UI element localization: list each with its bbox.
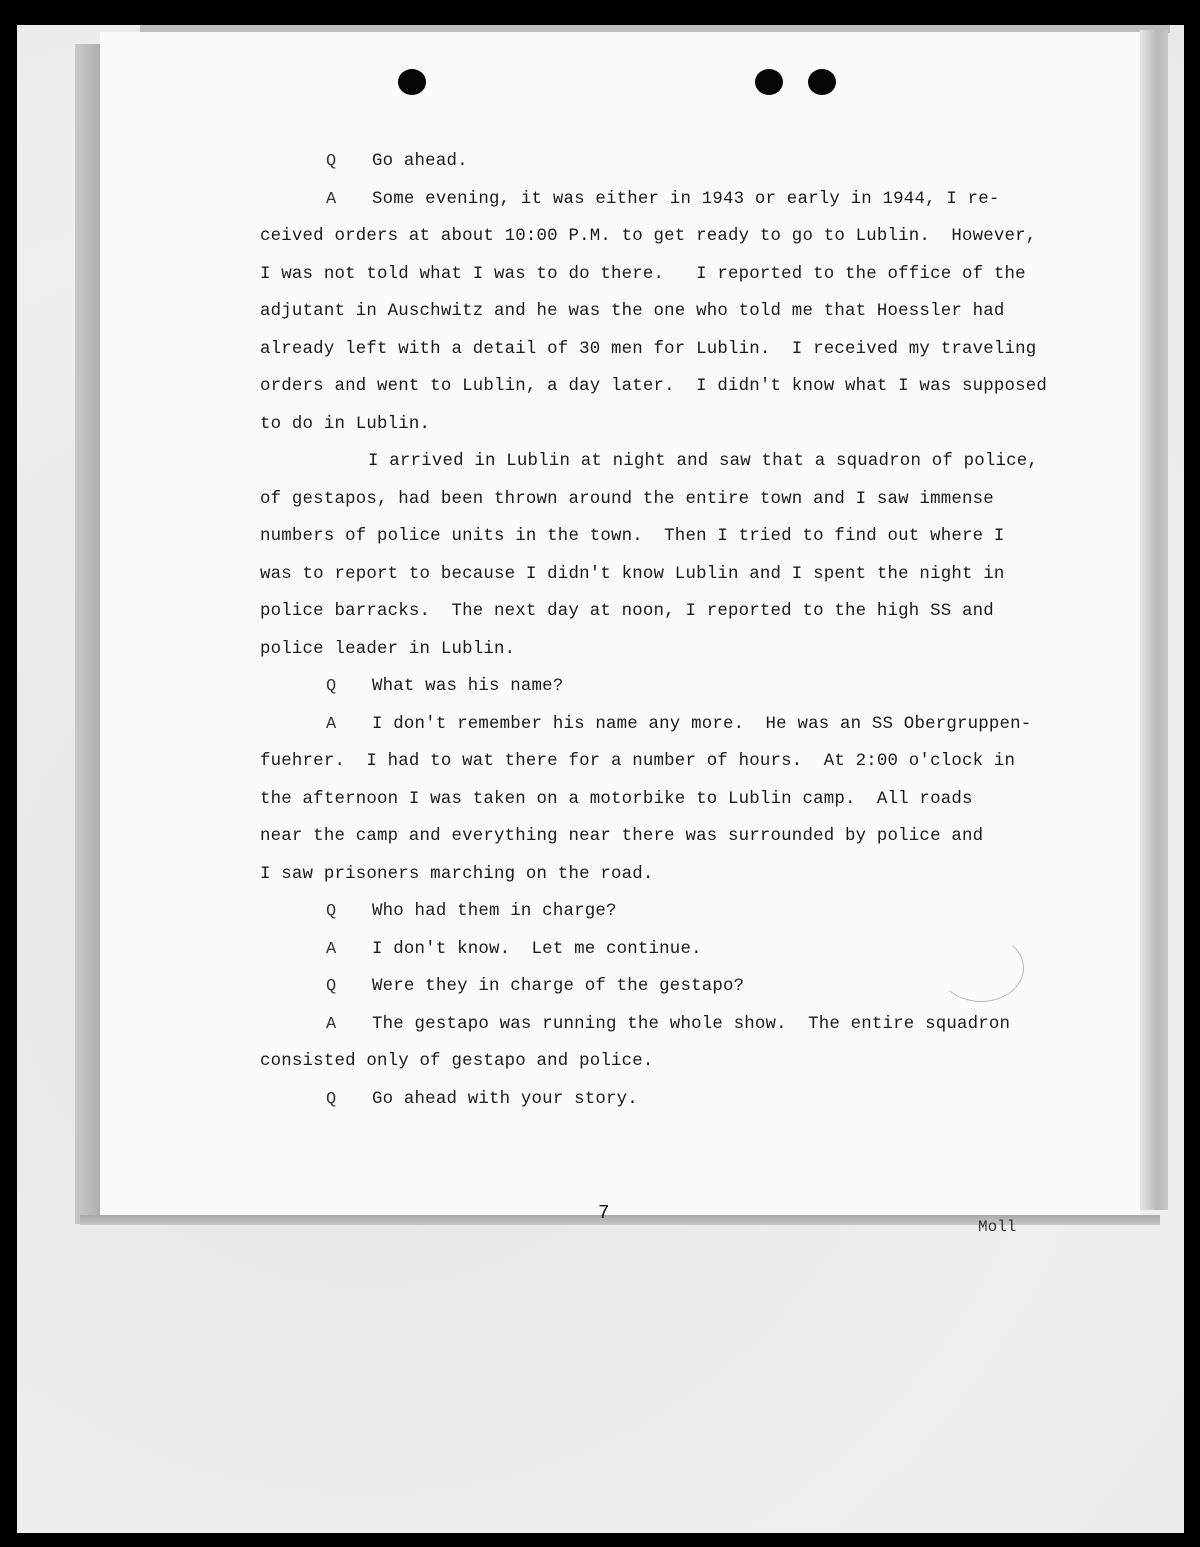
transcript-line: already left with a detail of 30 men for…: [260, 340, 1036, 360]
punch-hole-middle: [755, 69, 783, 95]
transcript-line: police leader in Lublin.: [260, 640, 515, 660]
signature-initials: Moll: [978, 1218, 1016, 1236]
transcript-line: Go ahead with your story.: [372, 1090, 638, 1110]
answer-marker: A: [326, 1015, 336, 1034]
transcript-line: Some evening, it was either in 1943 or e…: [372, 190, 1000, 210]
typed-page: QGo ahead.ASome evening, it was either i…: [100, 32, 1140, 1215]
punch-hole-left: [398, 69, 426, 95]
transcript-line: police barracks. The next day at noon, I…: [260, 602, 994, 622]
question-marker: Q: [326, 1090, 336, 1109]
transcript-line: The gestapo was running the whole show. …: [372, 1015, 1010, 1035]
transcript-line: I don't know. Let me continue.: [372, 940, 702, 960]
transcript-line: was to report to because I didn't know L…: [260, 565, 1005, 585]
transcript-line: What was his name?: [372, 677, 563, 697]
page-shadow-right: [1140, 30, 1168, 1210]
answer-marker: A: [326, 715, 336, 734]
question-marker: Q: [326, 977, 336, 996]
punch-hole-right: [808, 69, 836, 95]
transcript-line: near the camp and everything near there …: [260, 827, 983, 847]
answer-marker: A: [326, 190, 336, 209]
transcript-line: Were they in charge of the gestapo?: [372, 977, 744, 997]
transcript-line: the afternoon I was taken on a motorbike…: [260, 790, 973, 810]
transcript-line: adjutant in Auschwitz and he was the one…: [260, 302, 1005, 322]
archive-stamp: [938, 934, 1024, 1002]
transcript-line: orders and went to Lublin, a day later. …: [260, 377, 1047, 397]
transcript-line: numbers of police units in the town. The…: [260, 527, 1005, 547]
transcript-line: consisted only of gestapo and police.: [260, 1052, 654, 1072]
page-number: 7: [598, 1202, 609, 1224]
question-marker: Q: [326, 677, 336, 696]
transcript-line: I don't remember his name any more. He w…: [372, 715, 1031, 735]
transcript-line: I saw prisoners marching on the road.: [260, 865, 654, 885]
transcript-line: Who had them in charge?: [372, 902, 617, 922]
transcript-line: I was not told what I was to do there. I…: [260, 265, 1026, 285]
transcript-line: of gestapos, had been thrown around the …: [260, 490, 994, 510]
transcript-line: Go ahead.: [372, 152, 468, 172]
transcript-line: I arrived in Lublin at night and saw tha…: [368, 452, 1038, 472]
answer-marker: A: [326, 940, 336, 959]
question-marker: Q: [326, 152, 336, 171]
transcript-line: ceived orders at about 10:00 P.M. to get…: [260, 227, 1036, 247]
transcript-line: to do in Lublin.: [260, 415, 430, 435]
question-marker: Q: [326, 902, 336, 921]
transcript-line: fuehrer. I had to wat there for a number…: [260, 752, 1015, 772]
